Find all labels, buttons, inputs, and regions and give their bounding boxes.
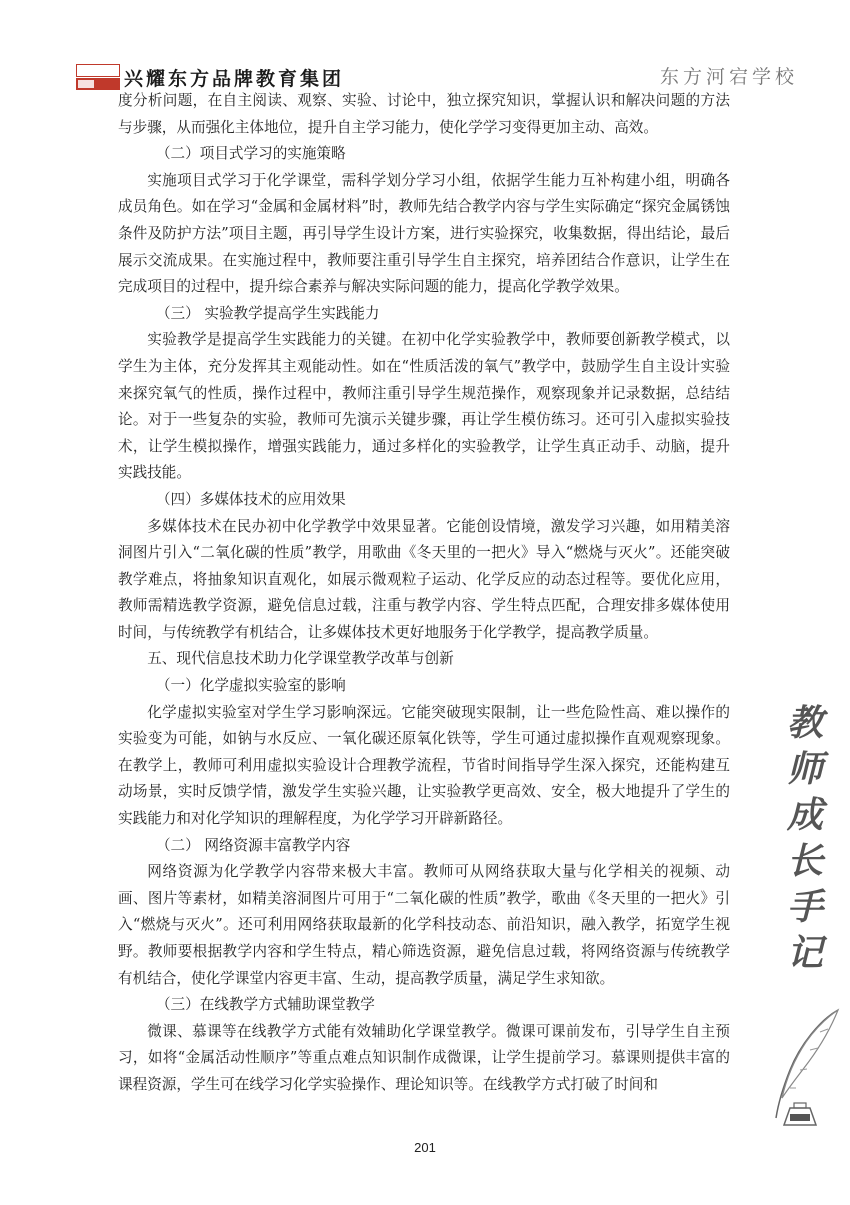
quill-inkwell-icon	[760, 990, 850, 1140]
subheading: （三） 实验教学提高学生实践能力	[118, 301, 730, 328]
subheading: （二） 网络资源丰富教学内容	[118, 833, 730, 860]
side-title-char: 教	[780, 700, 830, 746]
logo-top	[76, 64, 120, 77]
paragraph: 实施项目式学习于化学课堂，需科学划分学习小组，依据学生能力互补构建小组，明确各成…	[118, 168, 730, 301]
paragraph: 网络资源为化学教学内容带来极大丰富。教师可从网络获取大量与化学相关的视频、动画、…	[118, 859, 730, 992]
side-title-char: 师	[780, 746, 830, 792]
school-name: 东方河宕学校	[660, 62, 798, 89]
subheading: （三）在线教学方式辅助课堂教学	[118, 992, 730, 1019]
paragraph: 化学虚拟实验室对学生学习影响深远。它能突破现实限制，让一些危险性高、难以操作的实…	[118, 700, 730, 833]
side-title-char: 成	[780, 792, 830, 838]
subheading: （二）项目式学习的实施策略	[118, 141, 730, 168]
subheading: （一）化学虚拟实验室的影响	[118, 673, 730, 700]
paragraph: 多媒体技术在民办初中化学教学中效果显著。它能创设情境，激发学习兴趣，如用精美溶洞…	[118, 514, 730, 647]
subheading: （四）多媒体技术的应用效果	[118, 487, 730, 514]
logo-bottom	[76, 78, 120, 90]
section-heading: 五、现代信息技术助力化学课堂教学改革与创新	[118, 646, 730, 673]
document-body: 度分析问题，在自主阅读、观察、实验、讨论中，独立探究知识，掌握认识和解决问题的方…	[118, 88, 730, 1099]
brand-logo	[76, 64, 120, 90]
page-number: 201	[0, 1140, 850, 1155]
brand-name: 兴耀东方品牌教育集团	[124, 64, 344, 91]
side-title-char: 长	[780, 838, 830, 884]
paragraph: 微课、慕课等在线教学方式能有效辅助化学课堂教学。微课可课前发布，引导学生自主预习…	[118, 1019, 730, 1099]
paragraph: 实验教学是提高学生实践能力的关键。在初中化学实验教学中，教师要创新教学模式，以学…	[118, 327, 730, 487]
side-calligraphy-title: 教 师 成 长 手 记	[780, 700, 830, 976]
side-title-char: 记	[780, 930, 830, 976]
paragraph-continuation: 度分析问题，在自主阅读、观察、实验、讨论中，独立探究知识，掌握认识和解决问题的方…	[118, 88, 730, 141]
side-title-char: 手	[780, 884, 830, 930]
